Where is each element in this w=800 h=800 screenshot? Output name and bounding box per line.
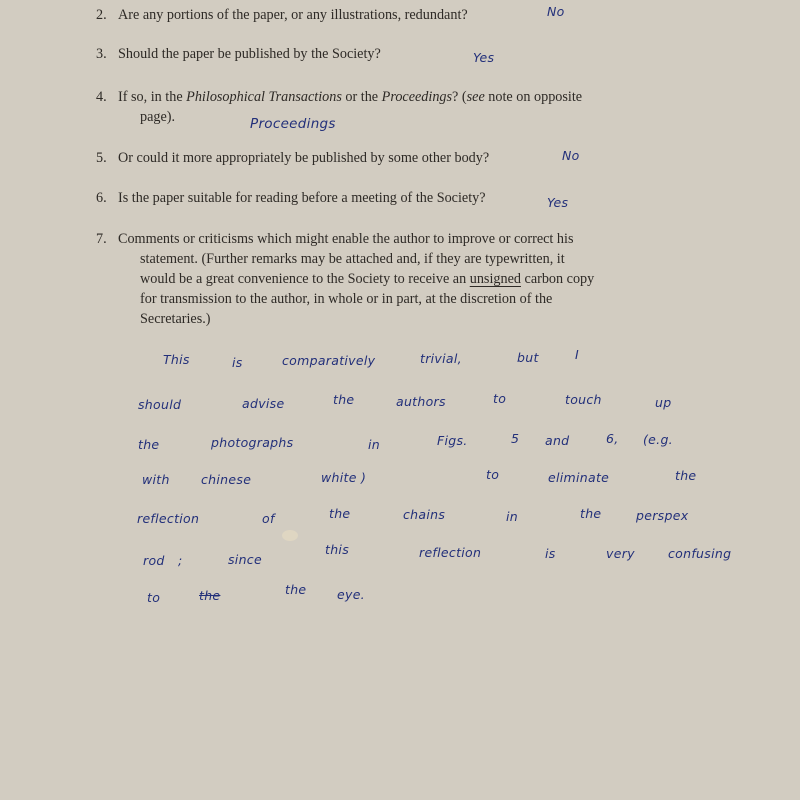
hw-word: rod (143, 553, 165, 568)
question-3: 3. Should the paper be published by the … (96, 44, 666, 64)
hw-word: the (580, 506, 601, 521)
hw-word: to (147, 590, 160, 605)
question-7: 7. Comments or criticisms which might en… (96, 229, 666, 329)
hw-word: in (368, 437, 380, 452)
question-2: 2. Are any portions of the paper, or any… (96, 5, 666, 25)
handwritten-answer-5: No (562, 148, 580, 163)
question-text-continued: page). (96, 107, 666, 127)
hw-word: white ) (321, 470, 366, 485)
question-number: 5. (96, 148, 107, 168)
hw-word: chinese (201, 472, 251, 487)
question-number: 7. (96, 229, 107, 249)
question-text: If so, in the Philosophical Transactions… (96, 87, 666, 107)
question-text-line: Comments or criticisms which might enabl… (96, 229, 666, 249)
question-text-line: for transmission to the author, in whole… (96, 289, 666, 309)
hw-word: comparatively (282, 353, 375, 368)
question-6: 6. Is the paper suitable for reading bef… (96, 188, 666, 208)
underlined-word: unsigned (470, 271, 521, 287)
question-4: 4. If so, in the Philosophical Transacti… (96, 87, 666, 127)
hw-word: should (138, 397, 181, 412)
hw-word: the (285, 582, 306, 597)
hw-word: Figs. (437, 433, 468, 448)
hw-word: (e.g. (643, 432, 673, 447)
hw-word: to (493, 391, 506, 406)
paper-stain (282, 530, 298, 541)
hw-word: to (486, 467, 499, 482)
hw-word: the (329, 506, 350, 521)
hw-word: this (325, 542, 349, 557)
hw-word: chains (403, 507, 445, 522)
hw-word: reflection (419, 545, 481, 560)
hw-word: 5 (511, 431, 519, 446)
hw-word: authors (396, 394, 446, 409)
question-5: 5. Or could it more appropriately be pub… (96, 148, 666, 168)
question-number: 4. (96, 87, 107, 107)
hw-word: very (606, 546, 635, 561)
question-number: 2. (96, 5, 107, 25)
hw-word: up (655, 395, 671, 410)
hw-word: This (163, 352, 190, 367)
hw-word: advise (242, 396, 284, 411)
hw-word: ; (178, 553, 183, 568)
question-number: 3. (96, 44, 107, 64)
hw-word: confusing (668, 546, 731, 561)
hw-word: since (228, 552, 262, 567)
question-text-line: Secretaries.) (96, 309, 666, 329)
handwritten-answer-3: Yes (473, 50, 494, 65)
hw-word: reflection (137, 511, 199, 526)
question-text-line: statement. (Further remarks may be attac… (96, 249, 666, 269)
referee-report-page: 2. Are any portions of the paper, or any… (0, 0, 800, 800)
question-text-line: would be a great convenience to the Soci… (96, 269, 666, 289)
handwritten-answer-6: Yes (547, 195, 568, 210)
hw-word: of (262, 511, 275, 526)
hw-word: the (675, 468, 696, 483)
hw-word: 6, (606, 431, 619, 446)
question-text: Should the paper be published by the Soc… (96, 44, 666, 64)
hw-word: eliminate (548, 470, 609, 485)
hw-word: trivial, (420, 351, 462, 366)
hw-word: in (506, 509, 518, 524)
hw-word: eye. (337, 587, 365, 602)
hw-word: is (232, 355, 243, 370)
hw-word: photographs (211, 435, 293, 450)
question-text: Is the paper suitable for reading before… (96, 188, 666, 208)
hw-word: the (333, 392, 354, 407)
hw-word: and (545, 433, 569, 448)
hw-word: but (517, 350, 539, 365)
handwritten-answer-2: No (547, 4, 565, 19)
hw-word-struck-through: the (199, 588, 220, 603)
question-number: 6. (96, 188, 107, 208)
hw-word: is (545, 546, 556, 561)
hw-word: the (138, 437, 159, 452)
hw-word: with (142, 472, 170, 487)
question-text: Are any portions of the paper, or any il… (96, 5, 666, 25)
question-text: Or could it more appropriately be publis… (96, 148, 666, 168)
handwritten-answer-4: Proceedings (250, 116, 336, 132)
hw-word: perspex (636, 508, 688, 523)
hw-word: I (575, 347, 579, 362)
hw-word: touch (565, 392, 602, 407)
